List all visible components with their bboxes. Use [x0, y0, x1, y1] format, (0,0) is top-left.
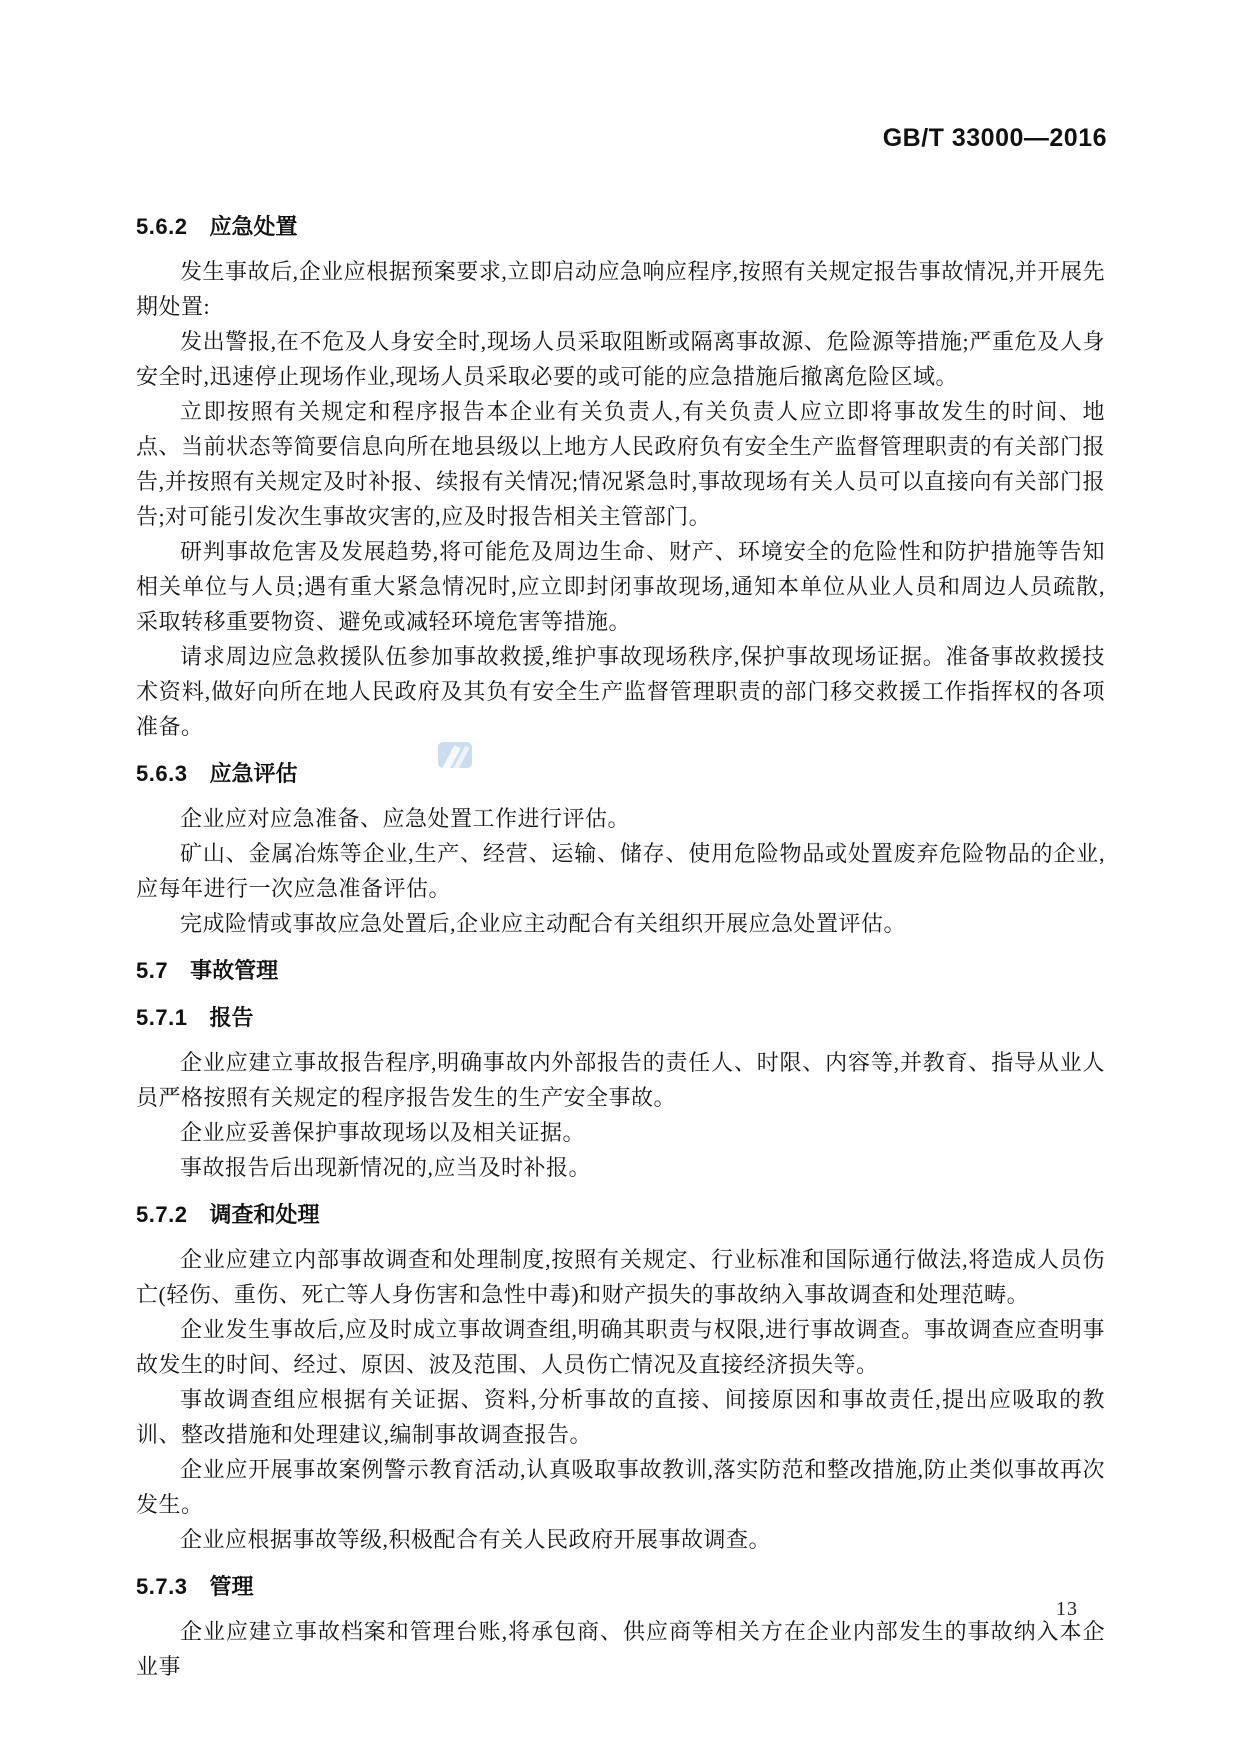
- paragraph: 企业应建立事故档案和管理台账,将承包商、供应商等相关方在企业内部发生的事故纳入本…: [136, 1614, 1105, 1684]
- section-heading-5-7-1: 5.7.1报告: [136, 1000, 1105, 1035]
- heading-title: 应急处置: [209, 214, 297, 239]
- paragraph: 完成险情或事故应急处置后,企业应主动配合有关组织开展应急处置评估。: [136, 906, 1105, 941]
- paragraph: 企业应建立内部事故调查和处理制度,按照有关规定、行业标准和国际通行做法,将造成人…: [136, 1242, 1105, 1312]
- paragraph: 企业应对应急准备、应急处置工作进行评估。: [136, 801, 1105, 836]
- heading-title: 应急评估: [209, 761, 297, 786]
- heading-title: 调查和处理: [209, 1202, 319, 1227]
- section-heading-5-7: 5.7事故管理: [136, 953, 1105, 988]
- heading-title: 管理: [209, 1574, 253, 1599]
- page-number: 13: [1056, 1598, 1078, 1621]
- paragraph: 企业应开展事故案例警示教育活动,认真吸取事故教训,落实防范和整改措施,防止类似事…: [136, 1452, 1105, 1522]
- section-heading-5-7-3: 5.7.3管理: [136, 1569, 1105, 1604]
- heading-title: 事故管理: [190, 958, 278, 983]
- document-page: GB/T 33000—2016 5.6.2应急处置 发生事故后,企业应根据预案要…: [0, 0, 1241, 1754]
- document-content: 5.6.2应急处置 发生事故后,企业应根据预案要求,立即启动应急响应程序,按照有…: [136, 0, 1105, 1684]
- heading-number: 5.7: [136, 953, 168, 988]
- paragraph: 请求周边应急救援队伍参加事故救援,维护事故现场秩序,保护事故现场证据。准备事故救…: [136, 639, 1105, 744]
- heading-number: 5.7.1: [136, 1000, 187, 1035]
- paragraph: 企业应妥善保护事故现场以及相关证据。: [136, 1115, 1105, 1150]
- paragraph: 发出警报,在不危及人身安全时,现场人员采取阻断或隔离事故源、危险源等措施;严重危…: [136, 324, 1105, 394]
- heading-number: 5.7.2: [136, 1197, 187, 1232]
- paragraph: 事故报告后出现新情况的,应当及时补报。: [136, 1150, 1105, 1185]
- paragraph: 发生事故后,企业应根据预案要求,立即启动应急响应程序,按照有关规定报告事故情况,…: [136, 254, 1105, 324]
- paragraph: 企业应建立事故报告程序,明确事故内外部报告的责任人、时限、内容等,并教育、指导从…: [136, 1045, 1105, 1115]
- section-heading-5-7-2: 5.7.2调查和处理: [136, 1197, 1105, 1232]
- paragraph: 企业发生事故后,应及时成立事故调查组,明确其职责与权限,进行事故调查。事故调查应…: [136, 1312, 1105, 1382]
- heading-number: 5.7.3: [136, 1569, 187, 1604]
- section-heading-5-6-3: 5.6.3应急评估: [136, 756, 1105, 791]
- heading-title: 报告: [209, 1005, 253, 1030]
- paragraph: 立即按照有关规定和程序报告本企业有关负责人,有关负责人应立即将事故发生的时间、地…: [136, 394, 1105, 534]
- paragraph: 企业应根据事故等级,积极配合有关人民政府开展事故调查。: [136, 1522, 1105, 1557]
- paragraph: 矿山、金属冶炼等企业,生产、经营、运输、储存、使用危险物品或处置废弃危险物品的企…: [136, 836, 1105, 906]
- paragraph: 事故调查组应根据有关证据、资料,分析事故的直接、间接原因和事故责任,提出应吸取的…: [136, 1382, 1105, 1452]
- heading-number: 5.6.2: [136, 209, 187, 244]
- section-heading-5-6-2: 5.6.2应急处置: [136, 209, 1105, 244]
- heading-number: 5.6.3: [136, 756, 187, 791]
- paragraph: 研判事故危害及发展趋势,将可能危及周边生命、财产、环境安全的危险性和防护措施等告…: [136, 534, 1105, 639]
